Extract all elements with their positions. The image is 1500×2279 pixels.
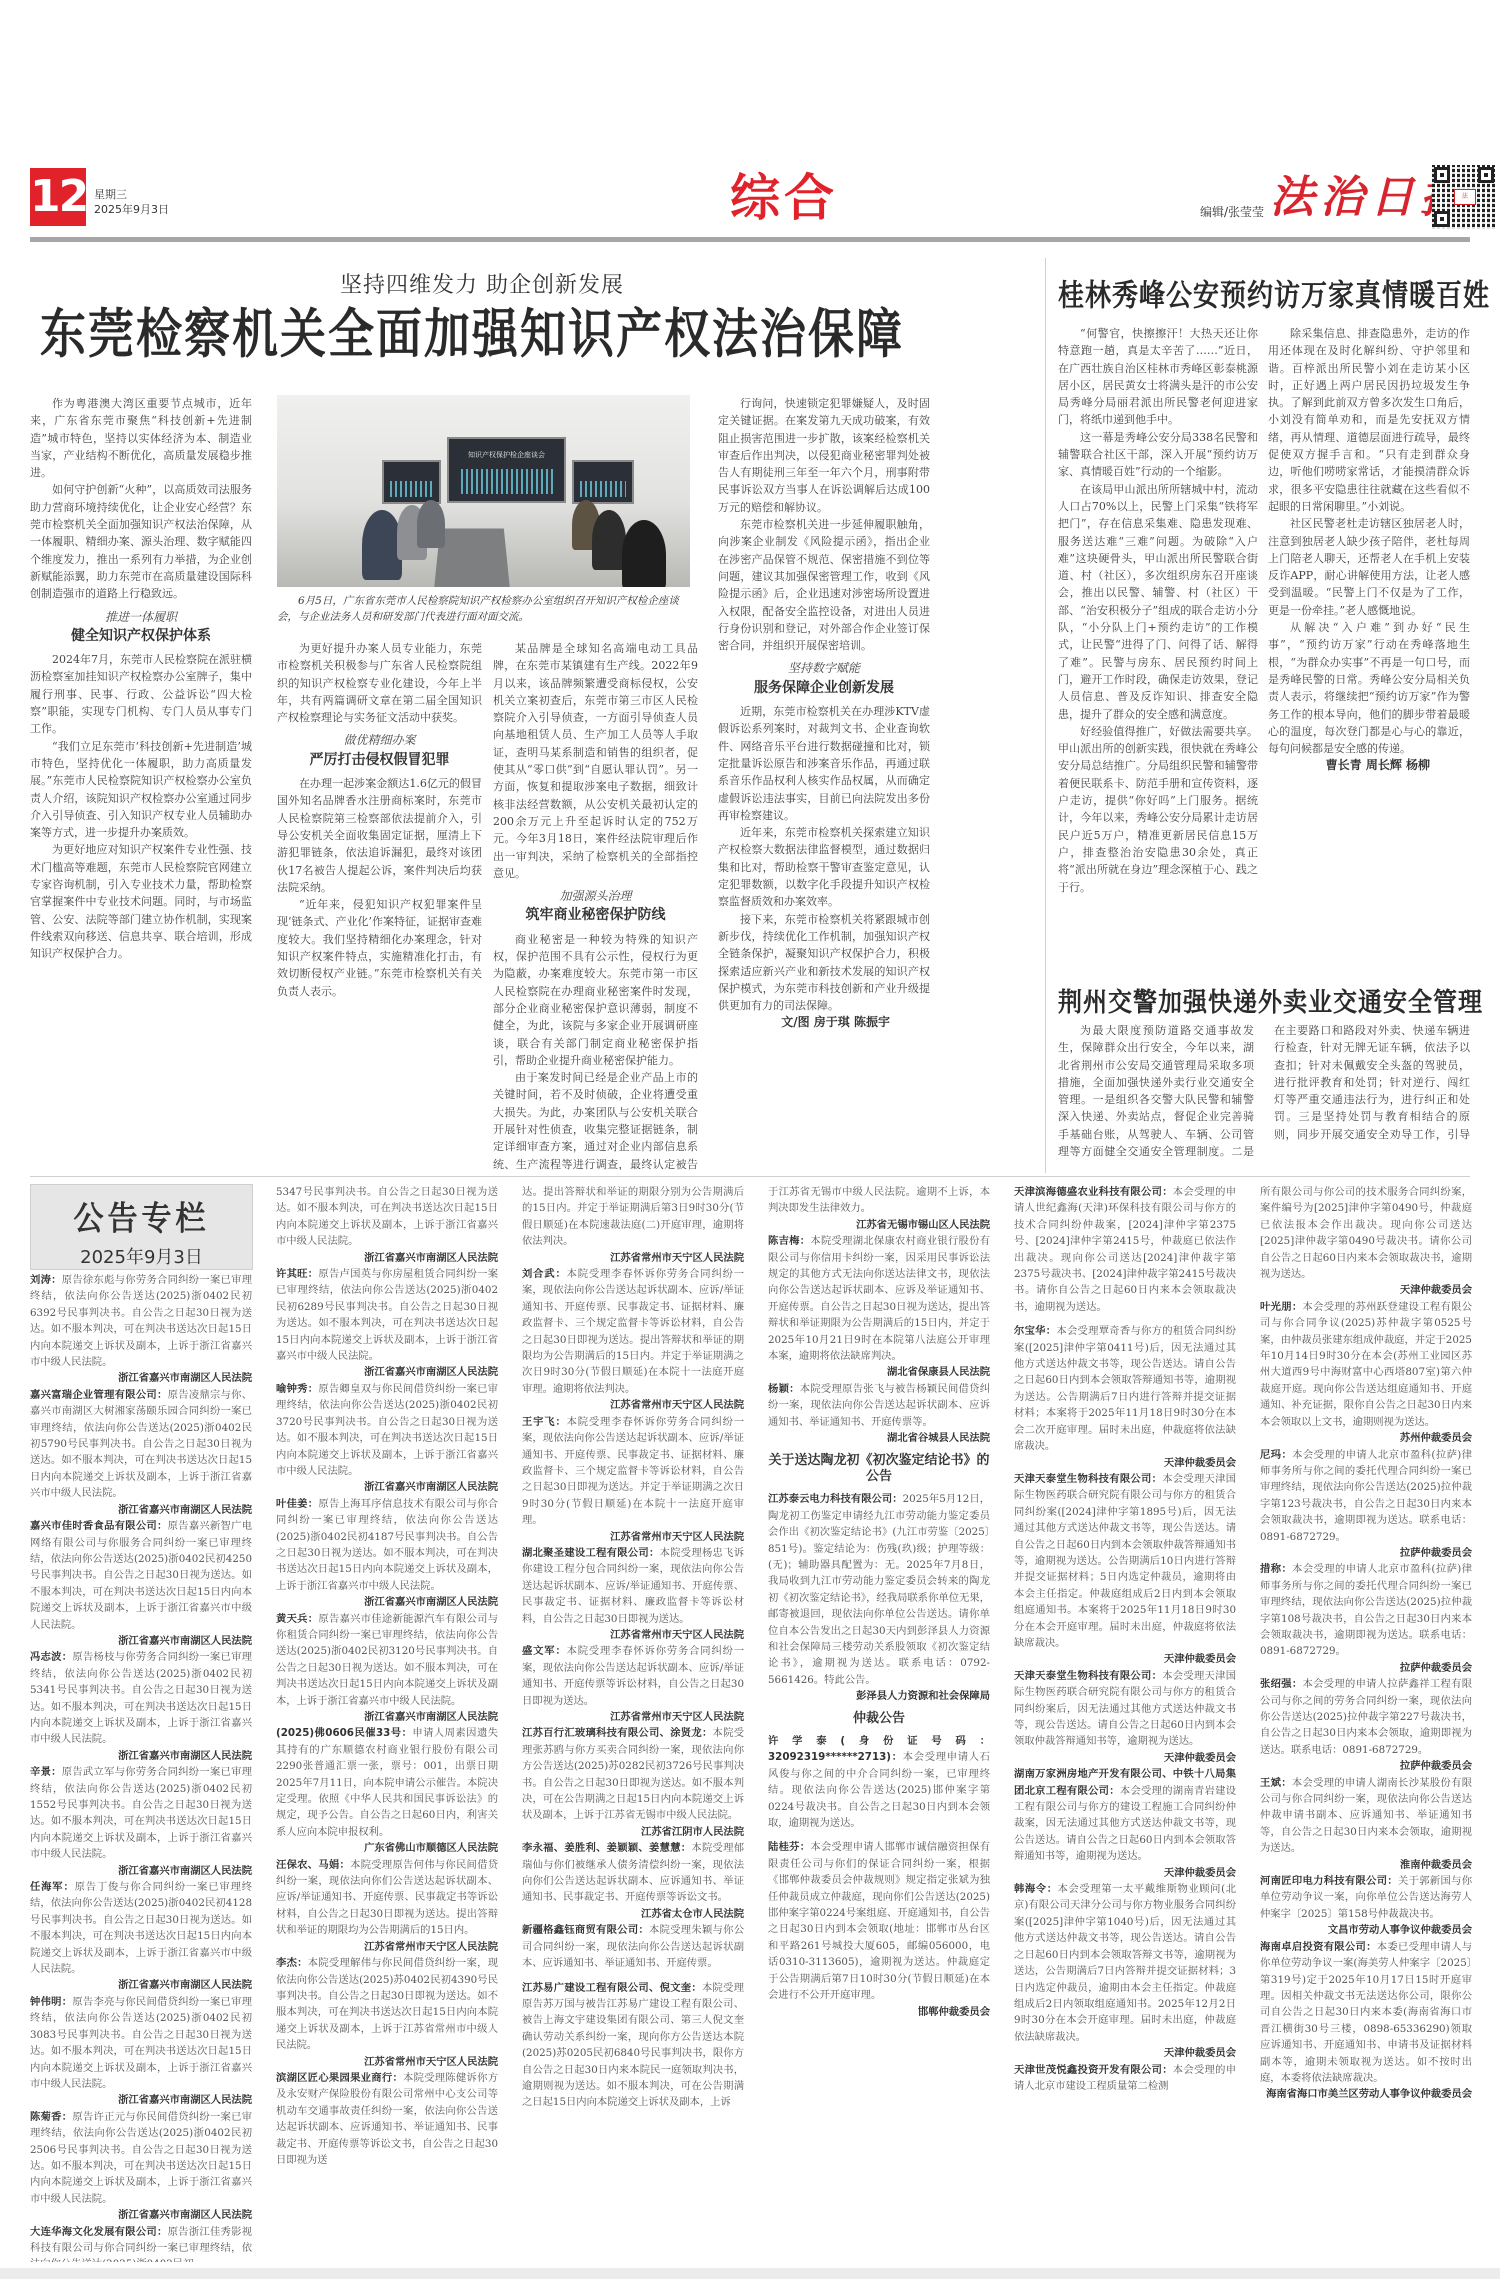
notice-issuer: 海南省海口市美兰区劳动人事争议仲裁委员会 <box>1260 2086 1472 2102</box>
guilin-story-column-2: 除采集信息、排查隐患外，走访的作用还体现在及时化解纠纷、守护邻里和谐。百梓派出所… <box>1268 325 1470 930</box>
notice-text: 所有限公司与你公司的技术服务合同纠纷案，案件编号为[2025]津仲字第0490号… <box>1260 1186 1472 1280</box>
notice-column-5: 天津滨海德盛农业科技有限公司：本会受理的申请人世纪鑫海(天津)环保科技有限公司与… <box>1014 1184 1236 2262</box>
photo-person <box>362 510 402 580</box>
notice-item: 尔宝华：本会受理覃奇香与你方的租赁合同纠纷案([2025]津仲字第0411号)后… <box>1014 1323 1236 1454</box>
notice-party: 钟伟明 <box>30 1996 62 2008</box>
colon-separator: ： <box>555 1268 566 1280</box>
paragraph: “何警官，快擦擦汗！大热天还让你特意跑一趟，真是太辛苦了……”近日，在广西壮族自… <box>1058 325 1258 429</box>
editor-credit: 编辑/张莹莹 <box>1200 203 1264 220</box>
paragraph: 除采集信息、排查隐患外，走访的作用还体现在及时化解纠纷、守护邻里和谐。百梓派出所… <box>1268 325 1470 515</box>
notice-item: 尼玛：本会受理的申请人北京市盈科(拉萨)律师事务所与你之间的委托代理合同纠纷一案… <box>1260 1447 1472 1545</box>
notice-party: 尼玛 <box>1260 1449 1281 1461</box>
qr-finder <box>1478 167 1494 183</box>
photo-right-screen <box>572 460 634 504</box>
subsection-kicker: 推进一体履职 <box>30 609 252 626</box>
colon-separator: ： <box>157 1520 168 1532</box>
notice-text: 原告上海耳序信息技术有限公司与你合同纠纷一案已审理终结，依法向你公告送达(202… <box>276 1498 498 1592</box>
notice-section-title: 关于送达陶龙初《初次鉴定结论书》的公告 <box>768 1453 990 1486</box>
qr-logo-icon: 法 <box>1454 189 1476 205</box>
jingzhou-story-body: 为最大限度预防道路交通事故发生，保障群众出行安全，今年以来，湖北省荆州市公安局交… <box>1058 1022 1470 1162</box>
notice-party: 湖北聚圣建设工程有限公司 <box>522 1547 649 1559</box>
notice-party: 天津世茂悦鑫投资开发有限公司 <box>1014 2064 1162 2076</box>
notice-issuer: 天津仲裁委员会 <box>1014 1865 1236 1881</box>
main-article-headline: 东莞检察机关全面加强知识产权法治保障 <box>40 300 904 367</box>
paragraph: 在办理一起涉案金额达1.6亿元的假冒国外知名品牌香水注册商标案时，东莞市人民检察… <box>277 775 482 896</box>
notice-text: 申请人周素因遗失其持有的广东顺德农村商业银行股份有限公司2290张普通汇票一张，… <box>276 1727 498 1837</box>
notice-party: 王斌 <box>1260 1777 1281 1789</box>
notice-text: 于江苏省无锡市中级人民法院。逾期不上诉，本判决即发生法律效力。 <box>768 1186 990 1214</box>
notice-party: 新疆格鑫钰商贸有限公司 <box>522 1924 638 1936</box>
paragraph: 商业秘密是一种较为特殊的知识产权，保护范围不具有公示性，侵权行为更为隐蔽，办案难… <box>493 931 698 1069</box>
paragraph: 如何守护创新“火种”，以高质效司法服务助力营商环境持续优化，让企业安心经营？东莞… <box>30 481 252 602</box>
paragraph: 行询问，快速锁定犯罪嫌疑人，及时固定关键证据。在案发第九天成功破案，有效阻止损害… <box>718 395 930 516</box>
notice-party: 海南卓启投资有限公司 <box>1260 1941 1366 1953</box>
colon-separator: ： <box>157 2226 168 2238</box>
notice-text: 本会受理天津国际生物医药联合研究院有限公司与你方的租赁合同纠纷案([2024]津… <box>1014 1473 1236 1649</box>
section-title: 综合 <box>730 167 838 229</box>
colon-separator: ： <box>62 1651 73 1663</box>
notice-item: 张绍强：本会受理的申请人拉萨鑫祥工程有限公司与你之间的劳务合同纠纷一案，现依法向… <box>1260 1676 1472 1758</box>
subsection-kicker: 加强源头治理 <box>493 888 698 905</box>
colon-separator: ： <box>638 1924 649 1936</box>
colon-separator: ： <box>392 2072 403 2084</box>
notice-party: 许其旺 <box>276 1268 308 1280</box>
colon-separator: ： <box>62 1996 73 2008</box>
notice-issuer: 浙江省嘉兴市南湖区人民法院 <box>276 1250 498 1266</box>
colon-separator: ： <box>649 1547 660 1559</box>
notice-item: 杨颖：本院受理原告张飞与被告杨颖民间借贷纠纷一案，现依法向你公告送达起诉状副本、… <box>768 1381 990 1430</box>
notice-party: 江苏百行汇玻璃科技有限公司、涂贤龙 <box>522 1727 702 1739</box>
notice-item: 叶光朋：本会受理的苏州跃登建设工程有限公司与你合同争议(2025)苏仲裁字第05… <box>1260 1299 1472 1430</box>
colon-separator: ： <box>789 1383 800 1395</box>
spacer <box>768 1831 990 1839</box>
notice-issuer: 浙江省嘉兴市南湖区人民法院 <box>276 1594 498 1610</box>
notice-party: 刘合武 <box>522 1268 555 1280</box>
notice-column-title: 公告专栏 <box>31 1191 252 1239</box>
colon-separator: ： <box>691 1982 702 1994</box>
colon-separator: ： <box>702 1727 713 1739</box>
paragraph: 为更好地应对知识产权案件专业性强、技术门槛高等难题，东莞市人民检察院官网建立专家… <box>30 841 252 962</box>
guilin-story-headline: 桂林秀峰公安预约访万家真情暖百姓 <box>1058 272 1490 315</box>
notice-party: 陈吉梅 <box>768 1235 800 1247</box>
notice-issuer: 江苏省常州市天宁区人民法院 <box>522 1397 744 1413</box>
notice-party: 嘉兴富瑞企业管理有限公司 <box>30 1389 157 1401</box>
colon-separator: ： <box>1047 1883 1058 1895</box>
notice-text: 本院受理李春怀诉你劳务合同纠纷一案，现依法向你公告送达起诉状副本、应诉/举证通知… <box>522 1416 744 1526</box>
paragraph: 好经验值得推广，好做法需要共享。甲山派出所的创新实践，很快就在秀峰公安分局总结推… <box>1058 723 1258 896</box>
notice-item: 天津天泰堂生物科技有限公司：本会受理天津国际生物医药联合研究院有限公司与你方的租… <box>1014 1668 1236 1750</box>
notice-issuer: 拉萨仲裁委员会 <box>1260 1758 1472 1774</box>
notice-item: 湖北聚圣建设工程有限公司：本院受理杨忠飞诉你建设工程分包合同纠纷一案，现依法向你… <box>522 1545 744 1627</box>
subsection-title: 严厉打击侵权假冒犯罪 <box>277 752 482 769</box>
notice-item: 江苏易广建设工程有限公司、倪文奎：本院受理原告苏万国与被告江苏易广建设工程有限公… <box>522 1980 744 2111</box>
notice-party: 嘉兴市佳时香食品有限公司 <box>30 1520 157 1532</box>
notice-issuer: 天津仲裁委员会 <box>1014 1651 1236 1667</box>
main-article-column-1: 作为粤港澳大湾区重要节点城市，近年来，广东省东莞市聚焦“科技创新+先进制造”城市… <box>30 395 252 1170</box>
notice-item: 江苏泰云电力科技有限公司：2025年5月12日，陶龙初工伤鉴定申请经九江市劳动能… <box>768 1491 990 1688</box>
date: 2025年9月3日 <box>94 202 169 217</box>
notice-issuer: 江苏省常州市天宁区人民法院 <box>276 1939 498 1955</box>
notice-text: 本院受理张苏鸥与你方买卖合同纠纷一案，现依法向你方公告送达(2025)苏0282… <box>522 1727 744 1821</box>
colon-separator: ： <box>555 1416 566 1428</box>
notice-text: 原告许正元与你民间借贷纠纷一案已审理终结，依法向你公告送达(2025)浙0402… <box>30 2111 252 2205</box>
notice-text: 达。提出答辩状和举证的期限分别为公告期满后的15日内。并定于举证期满后第3日9时… <box>522 1186 744 1247</box>
column-divider <box>1045 258 1046 1173</box>
notice-text: 原告嘉兴市佳途新能源汽车有限公司与你租赁合同纠纷一案已审理终结，依法向你公告送达… <box>276 1613 498 1707</box>
screen-graphic <box>580 481 626 497</box>
paragraph: 近年来，东莞市检察机关探索建立知识产权检察大数据法律监督模型，通过数据归集和比对… <box>718 824 930 910</box>
colon-separator: ： <box>1152 1473 1163 1485</box>
spacer <box>522 1972 744 1980</box>
notice-party: 王宇飞 <box>522 1416 555 1428</box>
subsection-title: 筑牢商业秘密保护防线 <box>493 907 698 924</box>
notice-issuer: 天津仲裁委员会 <box>1014 2045 1236 2061</box>
notice-party: 黄天兵 <box>276 1613 308 1625</box>
notice-item: 冯志波：原告杨枝与你劳务合同纠纷一案已审理终结，依法向你公告送达(2025)浙0… <box>30 1649 252 1747</box>
notice-party: 汪保农、马娟 <box>276 1859 340 1871</box>
colon-separator: ： <box>51 1274 62 1286</box>
notice-party: 辛景 <box>30 1766 51 1778</box>
spacer <box>1014 2094 1236 2102</box>
notice-party: 陈菊香 <box>30 2111 62 2123</box>
notice-item: 任海军：原告丁俊与你合同纠纷一案已审理终结，依法向你公告送达(2025)浙040… <box>30 1879 252 1977</box>
colon-separator: ： <box>555 1645 566 1657</box>
notice-item: 天津天泰堂生物科技有限公司：本会受理天津国际生物医药联合研究院有限公司与你方的租… <box>1014 1471 1236 1651</box>
notice-text: 原告李亮与你民间借贷纠纷一案已审理终结，依法向你公告送达(2025)浙0402民… <box>30 1996 252 2090</box>
colon-separator: ： <box>340 1859 351 1871</box>
colon-separator: ： <box>62 2111 73 2123</box>
notice-item: 达。提出答辩状和举证的期限分别为公告期满后的15日内。并定于举证期满后第3日9时… <box>522 1184 744 1250</box>
notice-item: 李杰：本院受理解伟与你民间借贷纠纷一案，现依法向你公告送达(2025)苏0402… <box>276 1955 498 2053</box>
notice-party: 李杰 <box>276 1957 297 1969</box>
notice-issuer: 江苏省江阴市人民法院 <box>522 1824 744 1840</box>
notice-column-date: 2025年9月3日 <box>31 1243 252 1269</box>
paragraph: 某品牌是全球知名高端电动工具品牌，在东莞市某镇建有生产线。2022年9月以来，该… <box>493 640 698 882</box>
qr-finder <box>1434 211 1450 227</box>
issue-date: 星期三 2025年9月3日 <box>94 187 169 217</box>
paragraph: 为更好提升办案人员专业能力，东莞市检察机关积极参与广东省人民检察院组织的知识产权… <box>277 640 482 726</box>
notice-issuer: 江苏省常州市天宁区人民法院 <box>522 1529 744 1545</box>
notice-item: 盛文军：本院受理李春怀诉你劳务合同纠纷一案，现依法向你公告送达起诉状副本、应诉/… <box>522 1643 744 1709</box>
notice-item: 王宇飞：本院受理李春怀诉你劳务合同纠纷一案，现依法向你公告送达起诉状副本、应诉/… <box>522 1414 744 1529</box>
notice-text: 本院受理湖北保康农村商业银行股份有限公司与你信用卡纠纷一案，因采用民事诉讼法规定… <box>768 1235 990 1362</box>
photo-person <box>417 500 445 548</box>
notice-party: 喻钟秀 <box>276 1383 308 1395</box>
notice-item: 河南匠印电力科技有限公司：关于郭新国与你单位劳动争议一案，向你单位公告送达海劳人… <box>1260 1873 1472 1922</box>
notice-item: 李永福、姜胜利、姜颖颖、姜慧慧：本院受理郁瑞仙与你们被继承人债务清偿纠纷一案，现… <box>522 1840 744 1906</box>
notice-party: 天津天泰堂生物科技有限公司 <box>1014 1473 1152 1485</box>
notice-item: 许学泰(身份证号码：32092319******2713)：本会受理申请人石风俊… <box>768 1733 990 1831</box>
notice-text: 本会受理的申请人北京市盈科(拉萨)律师事务所与你之间的委托代理合同纠纷一案已审理… <box>1260 1449 1472 1543</box>
notice-text: 原告卿皇双与你民间借贷纠纷一案已审理终结，依法向你公告送达(2025)浙0402… <box>276 1383 498 1477</box>
notice-column-4: 于江苏省无锡市中级人民法院。逾期不上诉，本判决即发生法律效力。江苏省无锡市锡山区… <box>768 1184 990 2262</box>
notice-item: 刘涛：原告徐东彪与你劳务合同纠纷一案已审理终结，依法向你公告送达(2025)浙0… <box>30 1272 252 1370</box>
notice-issuer: 江苏省无锡市锡山区人民法院 <box>768 1217 990 1233</box>
colon-separator: ： <box>1152 1670 1163 1682</box>
notice-item: 叶佳姜：原告上海耳序信息技术有限公司与你合同纠纷一案已审理终结，依法向你公告送达… <box>276 1496 498 1594</box>
notice-column-2: 5347号民事判决书。自公告之日起30日视为送达。如不服本判决，可在判决书送达次… <box>276 1184 498 2262</box>
paragraph: 从解决“入户难”到办好“民生事”，“预约访万家”行动在秀峰落地生根，“为群众办实… <box>1268 619 1470 757</box>
notice-text: 本会受理覃奇香与你方的租赁合同纠纷案([2025]津仲字第0411号)后，因无法… <box>1014 1325 1236 1452</box>
notice-text: 本会受理第一太平戴维斯物业顾问(北京)有限公司天津分公司与你方物业服务合同纠纷案… <box>1014 1883 1236 2043</box>
notice-item: 汪保农、马娟：本院受理原告何伟与你民间借贷纠纷一案，现依法向你们公告送达起诉状副… <box>276 1857 498 1939</box>
guilin-story-column-1: “何警官，快擦擦汗！大热天还让你特意跑一趟，真是太辛苦了……”近日，在广西壮族自… <box>1058 325 1258 930</box>
notice-issuer: 江苏省常州市天宁区人民法院 <box>522 1627 744 1643</box>
paragraph: 由于案发时间已经是企业产品上市的关键时间，若不及时侦破，企业将遭受重大损失。为此… <box>493 1069 698 1170</box>
colon-separator: ： <box>402 1727 413 1739</box>
notice-text: 本会受理的申请人湖南长沙某股份有限公司与你合同纠纷一案，现依法向你公告送达仲裁申… <box>1260 1777 1472 1855</box>
masthead: 12 星期三 2025年9月3日 综合 编辑/张莹莹 法治日报 法 <box>30 165 1470 231</box>
notice-item: 韩海令：本会受理第一太平戴维斯物业顾问(北京)有限公司天津分公司与你方物业服务合… <box>1014 1881 1236 2045</box>
notice-text: 原告嘉兴新智广电网络有限公司与你服务合同纠纷一案已审理终结，依法向你公告送达(2… <box>30 1520 252 1630</box>
paragraph: “我们立足东莞市‘科技创新+先进制造’城市特色，坚持优化一体履职，助力高质量发展… <box>30 738 252 842</box>
notice-item: 所有限公司与你公司的技术服务合同纠纷案，案件编号为[2025]津仲字第0490号… <box>1260 1184 1472 1282</box>
colon-separator: ： <box>1162 1186 1173 1198</box>
notice-text: 原告武立军与你劳务合同纠纷一案已审理终结，依法向你公告送达(2025)浙0402… <box>30 1766 252 1860</box>
paragraph: 作为粤港澳大湾区重要节点城市，近年来，广东省东莞市聚焦“科技创新+先进制造”城市… <box>30 395 252 481</box>
notice-item: 新疆格鑫钰商贸有限公司：本院受理朱颖与你公司合同纠纷一案，现依法向你公告送达起诉… <box>522 1922 744 1971</box>
notice-issuer: 浙江省嘉兴市南湖区人民法院 <box>30 1633 252 1649</box>
notice-text: 原告丁俊与你合同纠纷一案已审理终结，依法向你公告送达(2025)浙0402民初4… <box>30 1881 252 1975</box>
colon-separator: ： <box>1281 1563 1292 1575</box>
colon-separator: ： <box>308 1613 319 1625</box>
notice-issuer: 浙江省嘉兴市南湖区人民法院 <box>276 1479 498 1495</box>
colon-separator: ： <box>1162 2064 1173 2076</box>
notice-item: 王斌：本会受理的申请人湖南长沙某股份有限公司与你合同纠纷一案，现依法向你公告送达… <box>1260 1775 1472 1857</box>
colon-separator: ： <box>63 1881 74 1893</box>
notice-party: 张绍强 <box>1260 1678 1292 1690</box>
notice-issuer: 江苏省太仓市人民法院 <box>522 1906 744 1922</box>
notice-party: 叶光朋 <box>1260 1301 1292 1313</box>
photo-person <box>622 520 666 587</box>
notice-text: 本院受理李春怀诉你劳务合同纠纷一案，现依法向你公告送达起诉状副本、应诉/举证通知… <box>522 1268 744 1395</box>
qr-finder <box>1434 167 1450 183</box>
screen-graphic <box>461 469 553 494</box>
notice-text: 本会受理申请人邯郸市诚信融资担保有限责任公司与你们的保证合同纠纷一案，根据《邯郸… <box>768 1841 990 2001</box>
paragraph: 为最大限度预防道路交通事故发生，保障群众出行安全，今年以来，湖北省荆州市公安局交… <box>1058 1022 1470 1162</box>
main-article-kicker: 坚持四维发力 助企创新发展 <box>340 268 624 299</box>
notice-issuer: 天津仲裁委员会 <box>1014 1455 1236 1471</box>
colon-separator: ： <box>1046 1325 1057 1337</box>
notice-party: 天津滨海德盛农业科技有限公司 <box>1014 1186 1162 1198</box>
notice-party: 盛文军 <box>522 1645 555 1657</box>
notice-text: 2025年5月12日，陶龙初工伤鉴定申请经九江市劳动能力鉴定委员会作出《初次鉴定… <box>768 1493 990 1685</box>
main-article-column-4: 行询问，快速锁定犯罪嫌疑人，及时固定关键证据。在案发第九天成功破案，有效阻止损害… <box>718 395 930 1170</box>
qr-code-icon[interactable]: 法 <box>1432 165 1496 229</box>
subsection-kicker: 坚持数字赋能 <box>718 660 930 677</box>
notice-party: 叶佳姜 <box>276 1498 308 1510</box>
notice-text: 本会受理的申请人北京市盈科(拉萨)律师事务所与你之间的委托代理合同纠纷一案已审理… <box>1260 1563 1472 1657</box>
notice-text: 原告凌鼎宗与你、嘉兴市南湖区大树湘家荡颐乐园合同纠纷一案已审理终结，依法向你公告… <box>30 1389 252 1499</box>
notice-party: 滨湖区匠心果园果业商行 <box>276 2072 392 2084</box>
notice-item: 刘合武：本院受理李春怀诉你劳务合同纠纷一案，现依法向你公告送达起诉状副本、应诉/… <box>522 1266 744 1397</box>
notice-item: 海南卓启投资有限公司：本委已受理申请人与你单位劳动争议一案(海美劳人仲案字〔20… <box>1260 1939 1472 2087</box>
notice-item: 黄天兵：原告嘉兴市佳途新能源汽车有限公司与你租赁合同纠纷一案已审理终结，依法向你… <box>276 1611 498 1709</box>
notice-issuer: 拉萨仲裁委员会 <box>1260 1545 1472 1561</box>
subsection-title: 服务保障企业创新发展 <box>718 680 930 697</box>
notice-item: 嘉兴富瑞企业管理有限公司：原告凌鼎宗与你、嘉兴市南湖区大树湘家荡颐乐园合同纠纷一… <box>30 1387 252 1502</box>
article-byline: 文/图 房于琪 陈振宇 <box>718 1014 930 1031</box>
notice-party: (2025)佛0606民催33号 <box>276 1727 402 1739</box>
notice-item: 喻钟秀：原告卿皇双与你民间借贷纠纷一案已审理终结，依法向你公告送达(2025)浙… <box>276 1381 498 1479</box>
spacer <box>522 2111 744 2119</box>
notice-text: 原告杨枝与你劳务合同纠纷一案已审理终结，依法向你公告送达(2025)浙0402民… <box>30 1651 252 1745</box>
notice-section-title: 仲裁公告 <box>768 1711 990 1727</box>
notice-item: 辛景：原告武立军与你劳务合同纠纷一案已审理终结，依法向你公告送达(2025)浙0… <box>30 1764 252 1862</box>
notice-item: 钟伟明：原告李亮与你民间借贷纠纷一案已审理终结，依法向你公告送达(2025)浙0… <box>30 1994 252 2092</box>
notice-party: 江苏易广建设工程有限公司、倪文奎 <box>522 1982 691 1994</box>
colon-separator: ： <box>308 1498 319 1510</box>
notice-issuer: 文昌市劳动人事争议仲裁委员会 <box>1260 1922 1472 1938</box>
notice-text: 原告徐东彪与你劳务合同纠纷一案已审理终结，依法向你公告送达(2025)浙0402… <box>30 1274 252 1368</box>
article-byline: 曹长青 周长辉 杨柳 <box>1268 757 1470 774</box>
notice-issuer: 浙江省嘉兴市南湖区人民法院 <box>30 1502 252 1518</box>
notice-item: 大连华海文化发展有限公司：原告浙江佳秀影视科技有限公司与你合同纠纷一案已审理终结… <box>30 2224 252 2262</box>
screen-graphic <box>390 481 434 497</box>
notice-issuer: 浙江省嘉兴市南湖区人民法院 <box>30 1370 252 1386</box>
notice-issuer: 湖北省谷城县人民法院 <box>768 1430 990 1446</box>
section-divider <box>30 1176 1470 1177</box>
notice-item: 于江苏省无锡市中级人民法院。逾期不上诉，本判决即发生法律效力。 <box>768 1184 990 1217</box>
paragraph: 东莞市检察机关进一步延伸履职触角，向涉案企业制发《风险提示函》，指出企业在涉密产… <box>718 516 930 654</box>
paragraph: 2024年7月，东莞市人民检察院在派驻横沥检察室加挂知识产权检察办公室牌子，集中… <box>30 651 252 737</box>
colon-separator: ： <box>1281 1449 1292 1461</box>
masthead-rule <box>30 237 1470 242</box>
notice-column-6: 所有限公司与你公司的技术服务合同纠纷案，案件编号为[2025]津仲字第0490号… <box>1260 1184 1472 2262</box>
colon-separator: ： <box>1109 1785 1120 1797</box>
notice-text: 原告卢国英与你房屋租赁合同纠纷一案已审理终结，依法向你公告送达(2025)浙04… <box>276 1268 498 1362</box>
paragraph: 这一幕是秀峰公安分局338名民警和辅警联合社区干部，深入开展“预约访万家、真情暖… <box>1058 429 1258 481</box>
paragraph: 近期，东莞市检察机关在办理涉KTV虚假诉讼系列案时，对裁判文书、企业查询软件、网… <box>718 703 930 824</box>
colon-separator: ： <box>1281 1777 1292 1789</box>
notice-party: 江苏泰云电力科技有限公司 <box>768 1493 892 1505</box>
notice-issuer: 浙江省嘉兴市南湖区人民法院 <box>30 2092 252 2108</box>
notice-issuer: 浙江省嘉兴市南湖区人民法院 <box>276 1364 498 1380</box>
screen-title: 知识产权保护检企座谈会 <box>449 450 564 460</box>
weekday: 星期三 <box>94 187 169 202</box>
notice-text: 本会受理的申请人世纪鑫海(天津)环保科技有限公司与你方的技术合同纠纷仲裁案，[2… <box>1014 1186 1236 1313</box>
notice-issuer: 彭泽县人力资源和社会保障局 <box>768 1688 990 1704</box>
notice-issuer: 浙江省嘉兴市南湖区人民法院 <box>30 1748 252 1764</box>
notice-text: 5347号民事判决书。自公告之日起30日视为送达。如不服本判决，可在判决书送达次… <box>276 1186 498 1247</box>
newspaper-page: 12 星期三 2025年9月3日 综合 编辑/张莹莹 法治日报 法 坚持四维发力… <box>0 0 1500 2279</box>
notice-party: 大连华海文化发展有限公司 <box>30 2226 157 2238</box>
notice-issuer: 天津仲裁委员会 <box>1260 1282 1472 1298</box>
photo-person <box>592 510 626 570</box>
photo-main-screen: 知识产权保护检企座谈会 <box>447 437 566 503</box>
notice-text: 本委已受理申请人与你单位劳动争议一案(海美劳人仲案字〔2025〕第319号)定于… <box>1260 1941 1472 2084</box>
notice-party: 韩海令 <box>1014 1883 1047 1895</box>
notice-item: 天津世茂悦鑫投资开发有限公司：本会受理的申请人北京市建设工程质量第二检测 <box>1014 2062 1236 2095</box>
colon-separator: ： <box>1292 1678 1303 1690</box>
notice-item: (2025)佛0606民催33号：申请人周素因遗失其持有的广东顺德农村商业银行股… <box>276 1725 498 1840</box>
notice-item: 5347号民事判决书。自公告之日起30日视为送达。如不服本判决，可在判决书送达次… <box>276 1184 498 1250</box>
subsection-title: 健全知识产权保护体系 <box>30 628 252 645</box>
colon-separator: ： <box>157 1389 168 1401</box>
page-number: 12 <box>30 168 86 226</box>
jingzhou-story-headline: 荆州交警加强快递外卖业交通安全管理 <box>1058 980 1483 1019</box>
colon-separator: ： <box>1292 1301 1303 1313</box>
photo-caption: 6月5日，广东省东莞市人民检察院知识产权检察办公室组织召开知识产权检企座谈会，与… <box>277 593 697 625</box>
notice-issuer: 江苏省常州市天宁区人民法院 <box>522 1250 744 1266</box>
notice-issuer: 拉萨仲裁委员会 <box>1260 1660 1472 1676</box>
notice-column-header: 公告专栏 2025年9月3日 <box>30 1184 253 1270</box>
notice-text: 本院受理陈健诉你方及永安财产保险股份有限公司常州中心支公司等机动车交通事故责任纠… <box>276 2072 498 2166</box>
notice-issuer: 湖北省保康县人民法院 <box>768 1364 990 1380</box>
colon-separator: ： <box>308 1383 319 1395</box>
notice-item: 江苏百行汇玻璃科技有限公司、涂贤龙：本院受理张苏鸥与你方买卖合同纠纷一案，现依法… <box>522 1725 744 1823</box>
notice-party: 天津天泰堂生物科技有限公司 <box>1014 1670 1152 1682</box>
notice-item: 陆桂芬：本会受理申请人邯郸市诚信融资担保有限责任公司与你们的保证合同纠纷一案，根… <box>768 1839 990 2003</box>
notice-issuer: 浙江省嘉兴市南湖区人民法院 <box>30 1977 252 1993</box>
notice-issuer: 浙江省嘉兴市南湖区人民法院 <box>276 1709 498 1725</box>
notice-item: 陈吉梅：本院受理湖北保康农村商业银行股份有限公司与你信用卡纠纷一案，因采用民事诉… <box>768 1233 990 1364</box>
main-article-column-3: 某品牌是全球知名高端电动工具品牌，在东莞市某镇建有生产线。2022年9月以来，该… <box>493 640 698 1170</box>
notice-issuer: 广东省佛山市顺德区人民法院 <box>276 1840 498 1856</box>
colon-separator: ： <box>891 1751 903 1763</box>
notice-party: 措称 <box>1260 1563 1281 1575</box>
notice-item: 湖南万家洲房地产开发有限公司、中铁十八局集团北京工程有限公司：本会受理的湖南青岩… <box>1014 1766 1236 1864</box>
notice-issuer: 江苏省常州市天宁区人民法院 <box>276 2054 498 2070</box>
notice-party: 陆桂芬 <box>768 1841 800 1853</box>
notice-party: 尔宝华 <box>1014 1325 1046 1337</box>
notice-party: 河南匠印电力科技有限公司 <box>1260 1875 1387 1887</box>
colon-separator: ： <box>892 1493 902 1505</box>
notice-party: 杨颖 <box>768 1383 789 1395</box>
notice-issuer: 苏州仲裁委员会 <box>1260 1430 1472 1446</box>
notice-issuer: 淮南仲裁委员会 <box>1260 1857 1472 1873</box>
notice-issuer: 邯郸仲裁委员会 <box>768 2004 990 2020</box>
colon-separator: ： <box>1387 1875 1398 1887</box>
colon-separator: ： <box>800 1841 811 1853</box>
colon-separator: ： <box>51 1766 62 1778</box>
colon-separator: ： <box>1366 1941 1377 1953</box>
paragraph: 社区民警老杜走访辖区独居老人时，注意到独居老人缺少孩子陪伴，老杜每周上门陪老人聊… <box>1268 515 1470 619</box>
colon-separator: ： <box>800 1235 811 1247</box>
notice-item: 滨湖区匠心果园果业商行：本院受理陈健诉你方及永安财产保险股份有限公司常州中心支公… <box>276 2070 498 2168</box>
colon-separator: ： <box>681 1842 692 1854</box>
main-article-column-2: 为更好提升办案人员专业能力，东莞市检察机关积极参与广东省人民检察院组织的知识产权… <box>277 640 482 1170</box>
paragraph: 接下来，东莞市检察机关将紧跟城市创新步伐，持续优化工作机制，加强知识产权全链条保… <box>718 911 930 1015</box>
notice-item: 措称：本会受理的申请人北京市盈科(拉萨)律师事务所与你之间的委托代理合同纠纷一案… <box>1260 1561 1472 1659</box>
notice-issuer: 天津仲裁委员会 <box>1014 1750 1236 1766</box>
notice-text: 本院受理解伟与你民间借贷纠纷一案，现依法向你公告送达(2025)苏0402民初4… <box>276 1957 498 2051</box>
notice-text: 本会受理的苏州跃登建设工程有限公司与你合同争议(2025)苏仲裁字第0525号案… <box>1260 1301 1472 1428</box>
notice-column-3: 达。提出答辩状和举证的期限分别为公告期满后的15日内。并定于举证期满后第3日9时… <box>522 1184 744 2262</box>
notice-text: 本院受理原告苏万国与被告江苏易广建设工程有限公司、被告上海文宇建设集团有限公司、… <box>522 1982 744 2109</box>
notice-party: 冯志波 <box>30 1651 62 1663</box>
spacer <box>276 2168 498 2176</box>
notice-party: 李永福、姜胜利、姜颖颖、姜慧慧 <box>522 1842 681 1854</box>
notice-issuer: 江苏省常州市天宁区人民法院 <box>522 1709 744 1725</box>
photo-left-screen <box>382 460 441 504</box>
notice-party: 刘涛 <box>30 1274 51 1286</box>
colon-separator: ： <box>297 1957 308 1969</box>
notice-item: 嘉兴市佳时香食品有限公司：原告嘉兴新智广电网络有限公司与你服务合同纠纷一案已审理… <box>30 1518 252 1633</box>
main-article-photo: 知识产权保护检企座谈会 <box>277 395 690 587</box>
page-bottom-margin <box>0 2268 1500 2279</box>
paragraph: “近年来，侵犯知识产权犯罪案件呈现‘链条式、产业化’作案特征，证据审查难度较大。… <box>277 896 482 1000</box>
notice-issuer: 浙江省嘉兴市南湖区人民法院 <box>30 1863 252 1879</box>
paragraph: 在该局甲山派出所所辖城中村，流动人口占70%以上，民警上门采集“铁将军把门”，存… <box>1058 481 1258 723</box>
subsection-kicker: 做优精细办案 <box>277 732 482 749</box>
notice-column-1: 刘涛：原告徐东彪与你劳务合同纠纷一案已审理终结，依法向你公告送达(2025)浙0… <box>30 1272 252 2262</box>
notice-item: 陈菊香：原告许正元与你民间借贷纠纷一案已审理终结，依法向你公告送达(2025)浙… <box>30 2109 252 2207</box>
notice-party: 任海军 <box>30 1881 63 1893</box>
colon-separator: ： <box>308 1268 319 1280</box>
notice-item: 许其旺：原告卢国英与你房屋租赁合同纠纷一案已审理终结，依法向你公告送达(2025… <box>276 1266 498 1364</box>
notice-issuer: 浙江省嘉兴市南湖区人民法院 <box>30 2207 252 2223</box>
